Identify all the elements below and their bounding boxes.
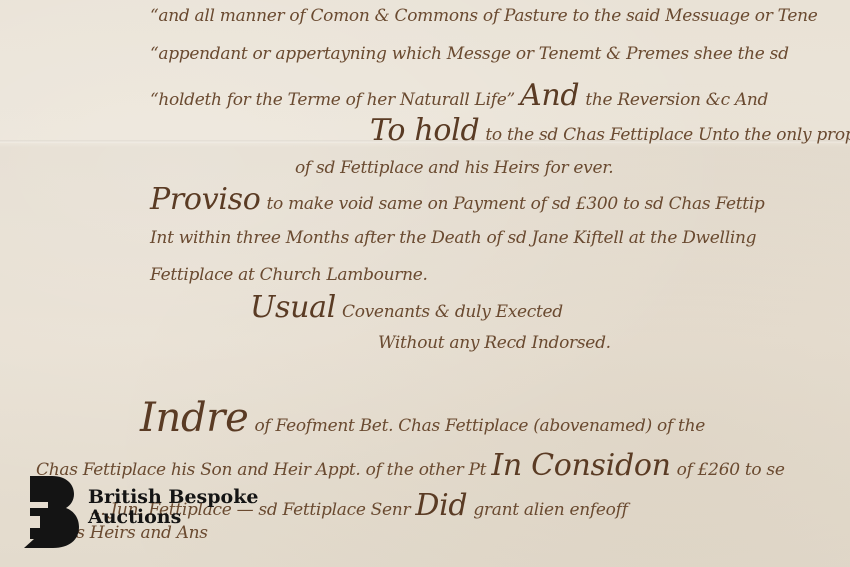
manuscript-line: “holdeth for the Terme of her Naturall L… bbox=[150, 78, 768, 113]
manuscript-line: UsualCovenants & duly Exected bbox=[250, 290, 563, 325]
manuscript-line: To holdto the sd Chas Fettiplace Unto th… bbox=[370, 113, 850, 148]
manuscript-line: Indreof Feofment Bet. Chas Fettiplace (a… bbox=[140, 395, 705, 441]
manuscript-line: Int within three Months after the Death … bbox=[150, 228, 756, 248]
auction-watermark: British Bespoke Auctions bbox=[22, 472, 258, 548]
watermark-line1: British Bespoke bbox=[88, 487, 258, 507]
manuscript-line: Provisoto make void same on Payment of s… bbox=[150, 182, 764, 217]
manuscript-line: of sd Fettiplace and his Heirs for ever. bbox=[295, 158, 613, 178]
manuscript-line: “and all manner of Comon & Commons of Pa… bbox=[150, 6, 818, 26]
bba-logo-icon bbox=[22, 472, 82, 548]
manuscript-line: Fettiplace at Church Lambourne. bbox=[150, 265, 428, 285]
manuscript-line: “appendant or appertayning which Messge … bbox=[150, 44, 789, 64]
watermark-line2: Auctions bbox=[88, 507, 258, 527]
manuscript-line: Without any Recd Indorsed. bbox=[378, 333, 611, 353]
